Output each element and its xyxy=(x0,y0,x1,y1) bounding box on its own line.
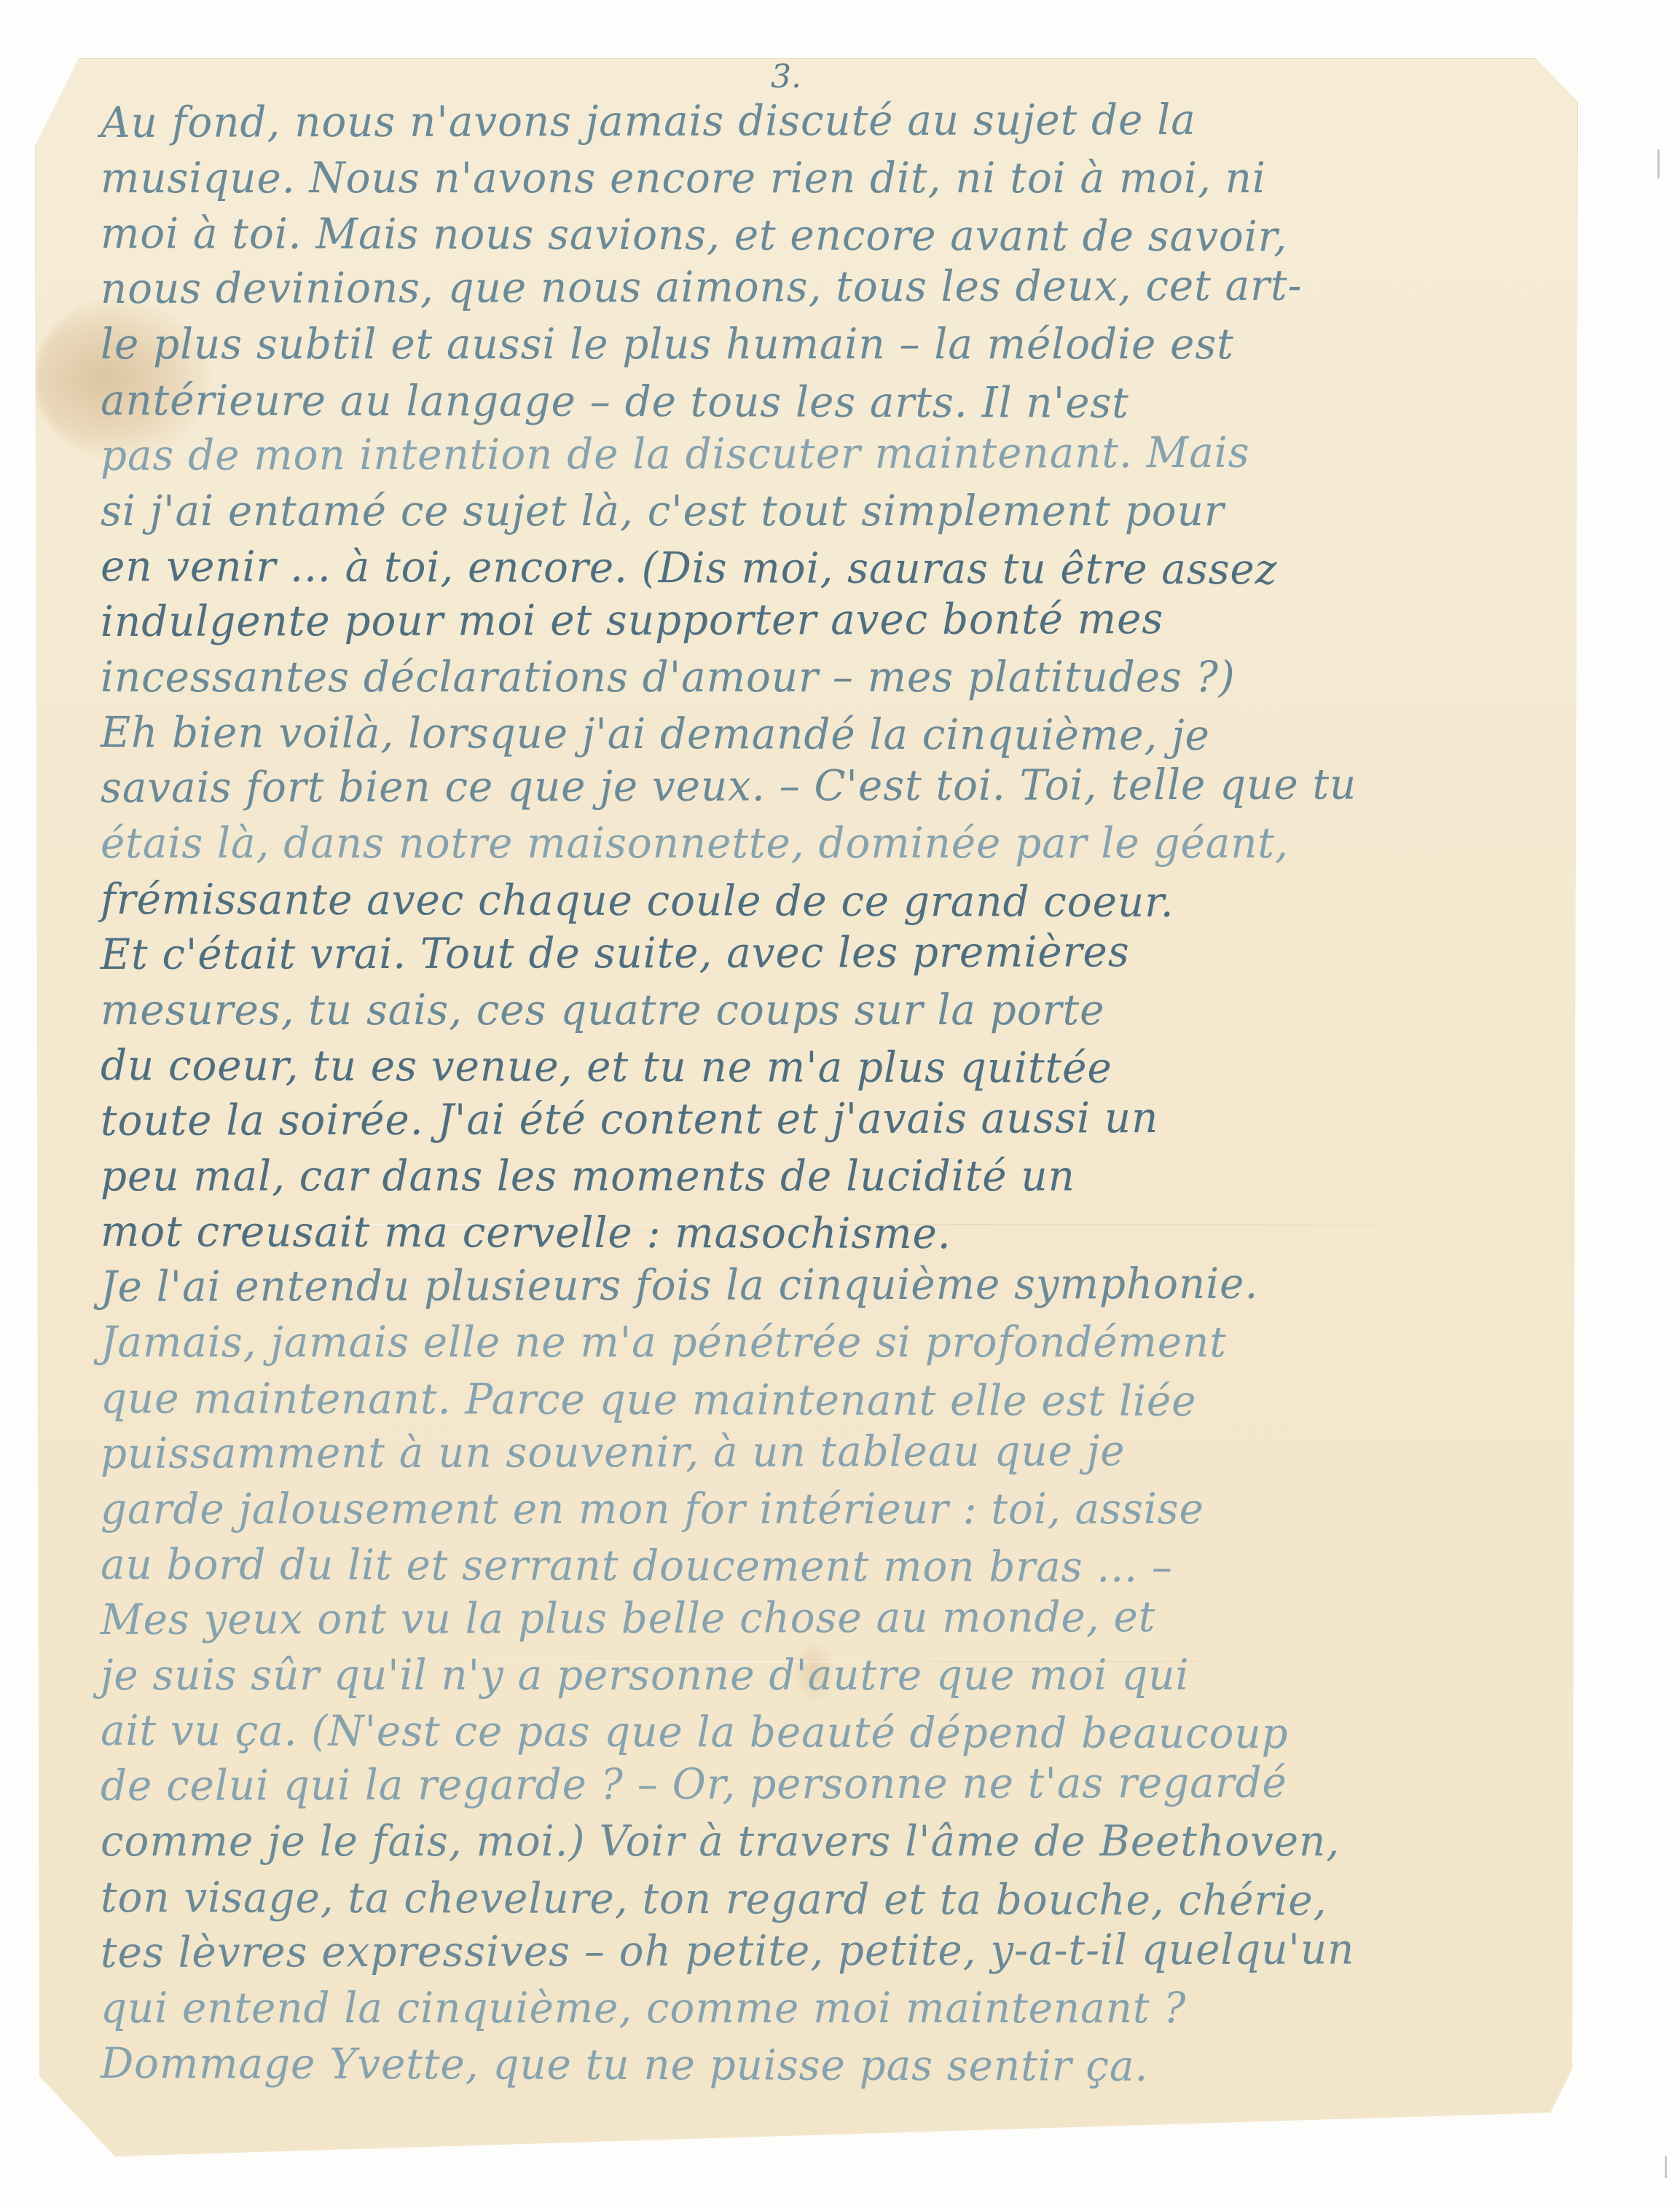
text-line: incessantes déclarations d'amour – mes p… xyxy=(101,649,1528,704)
text-line: Je l'ai entendu plusieurs fois la cinqui… xyxy=(101,1255,1528,1314)
text-line: moi à toi. Mais nous savions, et encore … xyxy=(101,205,1528,264)
text-line: comme je le fais, moi.) Voir à travers l… xyxy=(101,1813,1528,1869)
text-line: tes lèvres expressives – oh petite, peti… xyxy=(101,1920,1528,1979)
text-line: musique. Nous n'avons encore rien dit, n… xyxy=(101,150,1528,205)
text-line: Dommage Yvette, que tu ne puisse pas sen… xyxy=(101,2035,1528,2094)
text-line: savais fort bien ce que je veux. – C'est… xyxy=(101,756,1528,815)
text-line: garde jalousement en mon for intérieur :… xyxy=(101,1481,1528,1536)
page-number: 3. xyxy=(771,58,801,95)
text-line: si j'ai entamé ce sujet là, c'est tout s… xyxy=(101,483,1528,538)
text-line: Au fond, nous n'avons jamais discuté au … xyxy=(101,91,1528,150)
text-line: puissamment à un souvenir, à un tableau … xyxy=(101,1421,1528,1480)
text-line: peu mal, car dans les moments de lucidit… xyxy=(101,1148,1528,1203)
text-line: indulgente pour moi et supporter avec bo… xyxy=(101,590,1528,649)
text-line: étais là, dans notre maisonnette, dominé… xyxy=(101,815,1528,871)
text-line: toute la soirée. J'ai été content et j'a… xyxy=(101,1089,1528,1148)
text-line: antérieure au langage – de tous les arts… xyxy=(101,372,1528,431)
text-line: nous devinions, que nous aimons, tous le… xyxy=(101,257,1528,316)
text-line: Eh bien voilà, lorsque j'ai demandé la c… xyxy=(101,704,1528,763)
text-line: ton visage, ta chevelure, ton regard et … xyxy=(101,1869,1528,1928)
text-line: ait vu ça. (N'est ce pas que la beauté d… xyxy=(101,1703,1528,1762)
scan-artifact xyxy=(1657,149,1660,178)
scan-artifact xyxy=(1665,2156,1667,2178)
letter-page: 3. Au fond, nous n'avons jamais discuté … xyxy=(35,58,1578,2156)
text-line: en venir ... à toi, encore. (Dis moi, sa… xyxy=(101,538,1528,597)
text-line: frémissante avec chaque coule de ce gran… xyxy=(101,871,1528,930)
text-line: de celui qui la regarde ? – Or, personne… xyxy=(101,1754,1528,1813)
text-line: Jamais, jamais elle ne m'a pénétrée si p… xyxy=(101,1314,1528,1370)
text-line: Mes yeux ont vu la plus belle chose au m… xyxy=(101,1588,1528,1647)
text-line: mot creusait ma cervelle : masochisme. xyxy=(101,1203,1528,1262)
text-line: que maintenant. Parce que maintenant ell… xyxy=(101,1370,1528,1429)
text-line: le plus subtil et aussi le plus humain –… xyxy=(101,316,1528,372)
handwritten-text: Au fond, nous n'avons jamais discuté au … xyxy=(101,95,1572,2091)
text-line: mesures, tu sais, ces quatre coups sur l… xyxy=(101,982,1528,1037)
text-line: au bord du lit et serrant doucement mon … xyxy=(101,1536,1528,1595)
text-line: pas de mon intention de la discuter main… xyxy=(101,423,1528,482)
text-line: qui entend la cinquième, comme moi maint… xyxy=(101,1980,1528,2035)
text-line: je suis sûr qu'il n'y a personne d'autre… xyxy=(101,1647,1528,1703)
text-line: du coeur, tu es venue, et tu ne m'a plus… xyxy=(101,1037,1528,1096)
text-line: Et c'était vrai. Tout de suite, avec les… xyxy=(101,922,1528,981)
